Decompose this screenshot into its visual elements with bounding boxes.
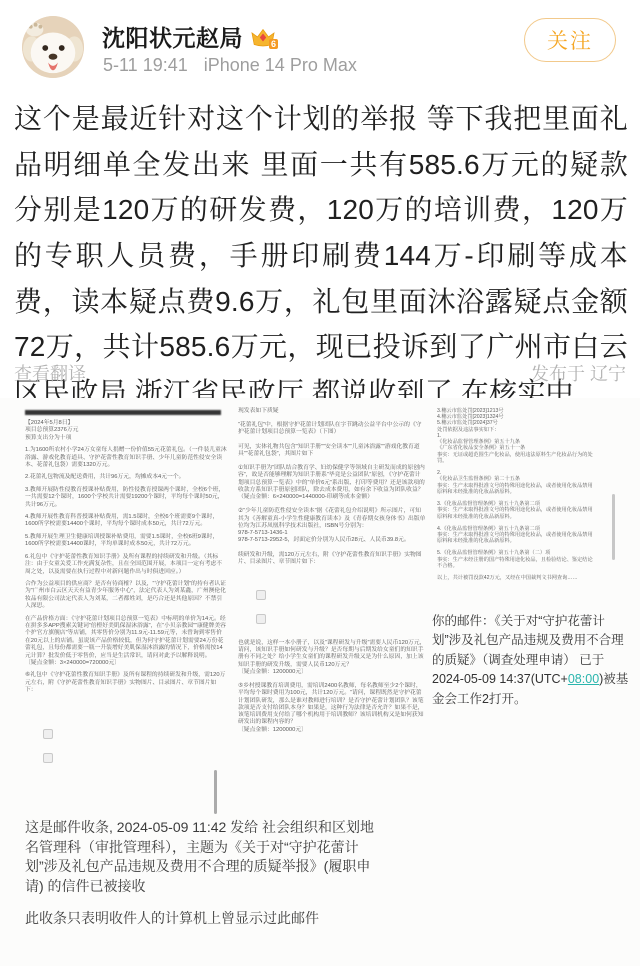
document-column-2: 现发表如下质疑“花蕾礼包”中，根据守护花蕾计划团队在字节跳动公益平台中公示的《守… — [238, 408, 426, 741]
post-device: iPhone 14 Pro Max — [204, 55, 357, 76]
doc-paragraph: ①知识手册为“团队结合教育学、妇幼保健学等领域自主研发而成的原创内容”，故是否能… — [238, 465, 426, 501]
redacted-line — [25, 410, 221, 415]
doc-paragraph: 3.穗云市监处罚[2023]1213号 4.穗云市监处罚[2023]1324号 … — [437, 408, 593, 464]
vip-crown-badge-icon: 6 — [250, 26, 276, 48]
doc-paragraph: 可见，实体礼物共包含“知识手册”“安全读本”“儿童沐浴露”“游戏化教育道具”“花… — [238, 444, 426, 458]
doc-paragraph: 2. 《化妆品卫生监督条例》第二十五条 事实：生产未取得批准文号的特殊用途化妆品… — [437, 470, 593, 495]
post-header: 沈阳状元赵局 6 5-11 19:41 iPhone 14 Pro Max 关注 — [0, 0, 640, 96]
receipt-paragraph-2: 此收条只表明收件人的计算机上曾显示过此邮件 — [25, 909, 377, 929]
doc-paragraph: 1.为1600所农村小学24万女童每人捐赠一份价值55元花蕾礼包。（一件装儿童沐… — [25, 447, 227, 469]
doc-paragraph: 6.礼包中《守护花蕾性教育知识手册》及所有课程的持续研发和升级。（其标注：由于女… — [25, 554, 227, 576]
document-column-2-bottom: 也就是说，这样一本小册子，以及“课程研发与升级”需要人民币120万元，请问，该知… — [238, 640, 426, 734]
email-receipt-block: 这是邮件收条, 2024-05-09 11:42 发给 社会组织和区划地名管理科… — [25, 818, 377, 929]
post-time: 5-11 19:41 — [103, 55, 188, 76]
doc-paragraph: 3.《化妆品监督管理条例》第五十九条第二项 事实：生产未取得批准文号的特殊用途化… — [437, 501, 593, 520]
doc-paragraph: 续研发和升级，需120万元左右，附《守护花蕾性教育知识手册》实物图片、目录图片、… — [238, 552, 426, 566]
document-column-3: 3.穗云市监处罚[2023]1213号 4.穗云市监处罚[2023]1324号 … — [437, 408, 593, 587]
doc-paragraph: ②“少年儿童防范性侵安全读本”据《花蕾礼包介绍说明》所示图片，可知其为《善解童真… — [238, 508, 426, 544]
post-meta-row: 查看翻译 发布于 辽宁 — [14, 360, 626, 386]
broken-image-icon — [43, 729, 53, 739]
doc-paragraph: 5.教师开展生理卫生健康培训授课补贴费用，需要1.5课时，全校6班9课时，160… — [25, 534, 227, 549]
post-meta-header: 5-11 19:41 iPhone 14 Pro Max — [103, 55, 357, 76]
scrollbar-thumb — [612, 494, 615, 560]
inline-image-placeholders — [238, 590, 426, 624]
doc-paragraph: 以上，共计被罚没款42万元，又经在中国裁判文书网查询…… — [437, 575, 593, 581]
doc-paragraph: 也就是说，这样一本小册子，以及“课程研发与升级”需要人民币120万元，请问，该知… — [238, 640, 426, 676]
doc-paragraph: ⑥礼包中《守护花蕾性教育知识手册》及所有课程的持续研发和升级，需120万元左右，… — [25, 672, 227, 694]
broken-image-icon — [43, 753, 53, 763]
scrollbar-thumb — [214, 770, 217, 814]
email-opened-notice: 你的邮件：《关于对“守护花蕾计划”涉及礼包产品违规及费用不合理的质疑》（调查处理… — [432, 612, 632, 709]
doc-paragraph: 合作为公益项目的供应商？是否有待商榷？以及，“守护花蕾计划”的持有者认证为“广州… — [25, 581, 227, 611]
avatar[interactable] — [22, 16, 84, 78]
dog-avatar-image — [22, 16, 84, 78]
document-column-3-text: 3.穗云市监处罚[2023]1213号 4.穗云市监处罚[2023]1324号 … — [437, 408, 593, 581]
doc-paragraph: 3.教师开展防性侵教育授课补贴费用，防性侵教育授课两个课时，全校6个班，一共需要… — [25, 487, 227, 509]
receipt-paragraph-1: 这是邮件收条, 2024-05-09 11:42 发给 社会组织和区划地名管理科… — [25, 818, 377, 896]
view-translation-link[interactable]: 查看翻译 — [14, 360, 86, 386]
document-column-1-top: 【2024年5月8日】 项目总预算2376万元 预算支出分为十项1.为1600所… — [25, 420, 227, 695]
username[interactable]: 沈阳状元赵局 — [102, 20, 243, 53]
attached-image[interactable]: 【2024年5月8日】 项目总预算2376万元 预算支出分为十项1.为1600所… — [0, 398, 640, 966]
doc-paragraph: 5.《化妆品监督管理条例》第五十九条第（二）项 事实：生产未经注册的国产特殊用途… — [437, 550, 593, 569]
posted-from-location: 发布于 辽宁 — [531, 360, 626, 386]
broken-image-icon — [256, 614, 266, 624]
doc-paragraph: 4.《化妆品监督管理条例》第五十九条第二项 事实：生产未取得批准文号的特殊用途化… — [437, 526, 593, 545]
weibo-post-page: 沈阳状元赵局 6 5-11 19:41 iPhone 14 Pro Max 关注… — [0, 0, 640, 966]
doc-paragraph: 2.花蕾礼包物流及配送费用，共计96万元，均摊成本4元一个。 — [25, 474, 227, 481]
doc-paragraph: ⑤乡村授课教育培训费用，需培训2400名教师，每名教师至少2个课时，平均每个课时… — [238, 683, 426, 734]
doc-paragraph: 4.教师开展性教育科普授课补贴费用，需1.5课时，全校6个班需要9个课时，160… — [25, 514, 227, 529]
doc-paragraph: 现发表如下质疑 — [238, 408, 426, 415]
doc-paragraph: “花蕾礼包”中，根据守护花蕾计划团队在字节跳动公益平台中公示的《守护花蕾计划项目… — [238, 422, 426, 436]
document-column-2-top: 现发表如下质疑“花蕾礼包”中，根据守护花蕾计划团队在字节跳动公益平台中公示的《守… — [238, 408, 426, 566]
doc-paragraph: 【2024年5月8日】 项目总预算2376万元 预算支出分为十项 — [25, 420, 227, 442]
timezone-link: 08:00 — [568, 672, 599, 686]
doc-paragraph: 在产品价格方面：《守护花蕾计划项目总预算一览表》中标明的单价为14元。经在拼多多… — [25, 616, 227, 668]
broken-image-icon — [256, 590, 266, 600]
follow-button[interactable]: 关注 — [524, 18, 616, 62]
inline-image-placeholders — [25, 729, 227, 763]
user-name-row: 沈阳状元赵局 6 — [102, 20, 276, 53]
vip-level-number: 6 — [269, 39, 278, 49]
document-column-1: 【2024年5月8日】 项目总预算2376万元 预算支出分为十项1.为1600所… — [25, 408, 227, 777]
